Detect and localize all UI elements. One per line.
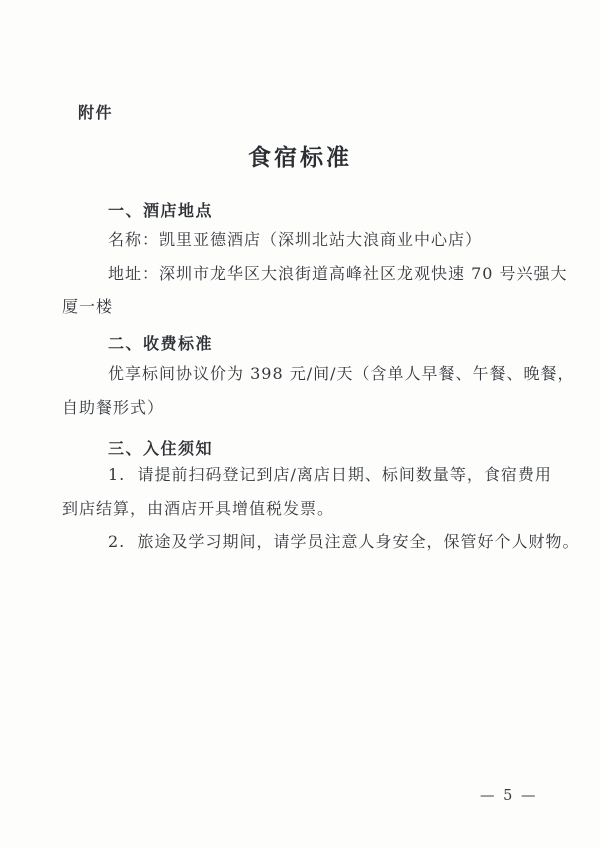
document-page: 附件 食宿标准 一、酒店地点 名称：凯里亚德酒店（深圳北站大浪商业中心店） 地址… (0, 0, 600, 848)
section2-heading: 二、收费标准 (108, 331, 213, 354)
checkin-note-1-line-2: 到店结算，由酒店开具增值税发票。 (62, 499, 334, 518)
hotel-address-line-2: 厦一楼 (62, 297, 113, 316)
section1-heading: 一、酒店地点 (108, 198, 213, 221)
document-title: 食宿标准 (0, 139, 600, 172)
checkin-note-1-line-1: 1. 请提前扫码登记到店/离店日期、标间数量等，食宿费用 (108, 465, 552, 484)
price-line-1: 优享标间协议价为 398 元/间/天（含单人早餐、午餐、晚餐， (108, 364, 575, 383)
page-number: — 5 — (480, 788, 537, 804)
attachment-label: 附件 (78, 100, 113, 123)
checkin-note-2: 2. 旅途及学习期间，请学员注意人身安全，保管好个人财物。 (108, 532, 579, 551)
price-line-2: 自助餐形式） (62, 398, 164, 417)
hotel-address-line-1: 地址：深圳市龙华区大浪街道高峰社区龙观快速 70 号兴强大 (108, 264, 568, 283)
section3-heading: 三、入住须知 (108, 436, 213, 459)
hotel-name-line: 名称：凯里亚德酒店（深圳北站大浪商业中心店） (108, 230, 482, 249)
